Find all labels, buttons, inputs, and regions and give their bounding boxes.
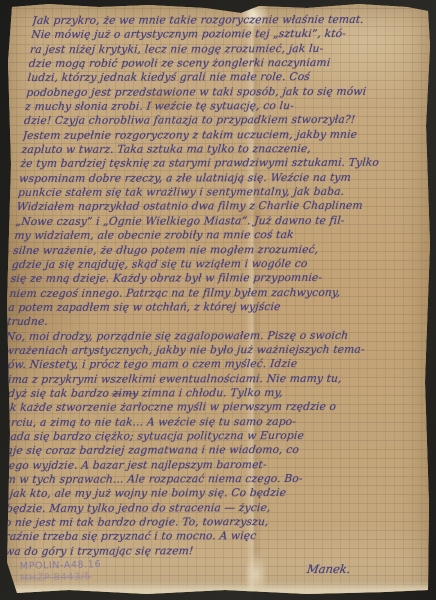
- handwriting-line: zapluto w twarz. Taka sztuka ma tylko to…: [21, 142, 414, 158]
- handwriting-line: ludzi, którzy jednak kiedyś grali nie ma…: [27, 70, 420, 86]
- handwritten-letter-body: Jak przykro, że we mnie takie rozgorycze…: [0, 13, 425, 559]
- handwriting-line: że tym bardziej tęsknię za starymi prawd…: [20, 156, 413, 172]
- handwriting-line: trudne.: [6, 314, 399, 330]
- handwriting-line: dzie mogą robić powoli ze sceny żonglerk…: [28, 56, 421, 72]
- handwriting-line: żarciu, a zimą to nie tak... A weźcie si…: [0, 414, 391, 430]
- handwriting-line: a potem zapadłem się w otchłań, z której…: [8, 300, 401, 316]
- handwriting-line: jak każde stworzenie żarłoczne myśli w p…: [0, 400, 393, 416]
- handwriting-line: Nie mówię już o artystycznym poziomie te…: [31, 27, 424, 43]
- handwriting-line: głowa do góry i trzymając się razem!: [0, 543, 381, 559]
- handwriting-line: gdzie ja się znajduję, skąd się tu wziął…: [11, 256, 404, 272]
- letter-paper: Jak przykro, że we mnie takie rozgorycze…: [7, 4, 430, 594]
- handwriting-line: wspominam dobre rzeczy, a złe ulatniają …: [19, 170, 412, 186]
- handwriting-line: z muchy słonia zrobi. I weźcie tę sytuac…: [25, 99, 418, 115]
- handwriting-line: niem czegoś innego. Patrząc na te filmy …: [9, 285, 402, 301]
- handwriting-line: punkcie stałem się tak wrażliwy i sentym…: [17, 185, 410, 201]
- handwriting-line: z tego wyjdzie. A bazar jest najlepszym …: [0, 457, 388, 473]
- catalog-number-struck: MHŻP-B443/5: [20, 571, 102, 585]
- handwriting-line: tów. Niestety, i prócz tego mam o czem m…: [3, 357, 396, 373]
- handwriting-line: dzie! Czyja chorobliwa fantazja to przyp…: [23, 113, 416, 129]
- handwriting-line: silne wrażenie, że długo potem nie mogłe…: [13, 242, 406, 258]
- handwriting-line: my widziałem, ale obecnie zrobiły na mni…: [14, 228, 407, 244]
- handwriting-line: rem w tych sprawach... Ale rozpaczać nie…: [0, 472, 387, 488]
- handwriting-line: „Nowe czasy” i „Ognie Wielkiego Miasta”.…: [15, 213, 408, 229]
- handwriting-line: się ze mną dzieje. Każdy obraz był w fil…: [10, 271, 403, 287]
- handwriting-line: gdyż się tak bardzo z̶i̶m̶y̶ zimna i chł…: [0, 386, 393, 402]
- handwriting-line: Jestem zupełnie rozgoryczony z takim ucz…: [22, 127, 415, 143]
- handwriting-line: wrażeniach artystycznych, jakby nie było…: [4, 343, 397, 359]
- handwriting-line: to będzie. Mamy tylko jedno do stracenia…: [0, 500, 384, 516]
- letter-scan-background: Jak przykro, że we mnie takie rozgorycze…: [0, 0, 436, 600]
- catalog-marks: MPOLIN-A48.16 MHŻP-B443/5: [20, 559, 102, 585]
- handwriting-line: Widziałem naprzykład ostatnio dwa filmy …: [16, 199, 409, 215]
- signature: Manek.: [306, 562, 351, 576]
- handwriting-line: staje się coraz bardziej zagmatwana i ni…: [0, 443, 389, 459]
- handwriting-line: zima z przykrymi wszelkimi ewentualności…: [2, 371, 395, 387]
- handwriting-line: a to nie jest mi tak bardzo drogie. To, …: [0, 515, 383, 531]
- handwriting-line: ję, jak kto, ale my już wojny nie boimy …: [0, 486, 385, 502]
- handwriting-line: podobnego jest przedstawione w taki spos…: [26, 84, 419, 100]
- handwriting-line: wiada się bardzo ciężko; sytuacja polity…: [0, 429, 390, 445]
- handwriting-line: wyraźnie trzeba się przyznać i to mocno.…: [0, 529, 382, 545]
- handwriting-line: Jak przykro, że we mnie takie rozgorycze…: [32, 13, 425, 29]
- handwriting-line: ra jest niżej krytyki, lecz nie mogę zro…: [29, 41, 422, 57]
- handwriting-line: No, moi drodzy, porządnie się zagalopowa…: [5, 328, 398, 344]
